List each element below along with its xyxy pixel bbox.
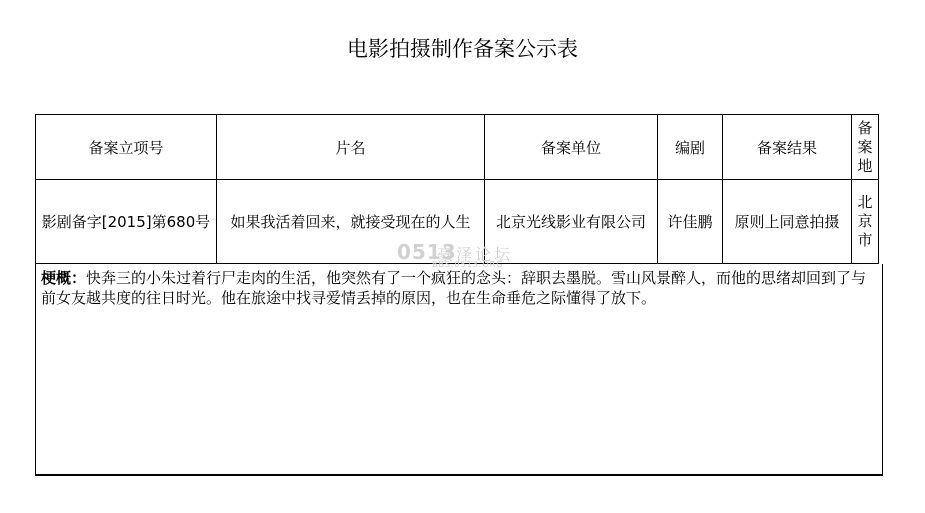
cell-screenwriter: 许佳鹏 [658, 180, 723, 264]
header-record-location: 备案地 [852, 115, 879, 180]
header-record-result: 备案结果 [723, 115, 852, 180]
synopsis-label: 梗概： [41, 269, 86, 287]
synopsis-text: 快奔三的小朱过着行尸走肉的生活，他突然有了一个疯狂的念头：辞职去墨脱。雪山风景醉… [41, 269, 866, 307]
cell-record-location: 北京市 [852, 180, 879, 264]
header-film-name: 片名 [217, 115, 485, 180]
cell-record-no: 影剧备字[2015]第680号 [36, 180, 217, 264]
watermark-url: BBS.0513.ORG [432, 260, 503, 269]
header-record-unit: 备案单位 [485, 115, 658, 180]
header-record-no: 备案立项号 [36, 115, 217, 180]
table-header-row: 备案立项号 片名 备案单位 编剧 备案结果 备案地 [36, 115, 879, 180]
header-screenwriter: 编剧 [658, 115, 723, 180]
page-title: 电影拍摄制作备案公示表 [0, 33, 925, 63]
synopsis-box: 梗概：快奔三的小朱过着行尸走肉的生活，他突然有了一个疯狂的念头：辞职去墨脱。雪山… [35, 264, 883, 476]
synopsis: 梗概：快奔三的小朱过着行尸走肉的生活，他突然有了一个疯狂的念头：辞职去墨脱。雪山… [41, 268, 877, 308]
cell-record-result: 原则上同意拍摄 [723, 180, 852, 264]
